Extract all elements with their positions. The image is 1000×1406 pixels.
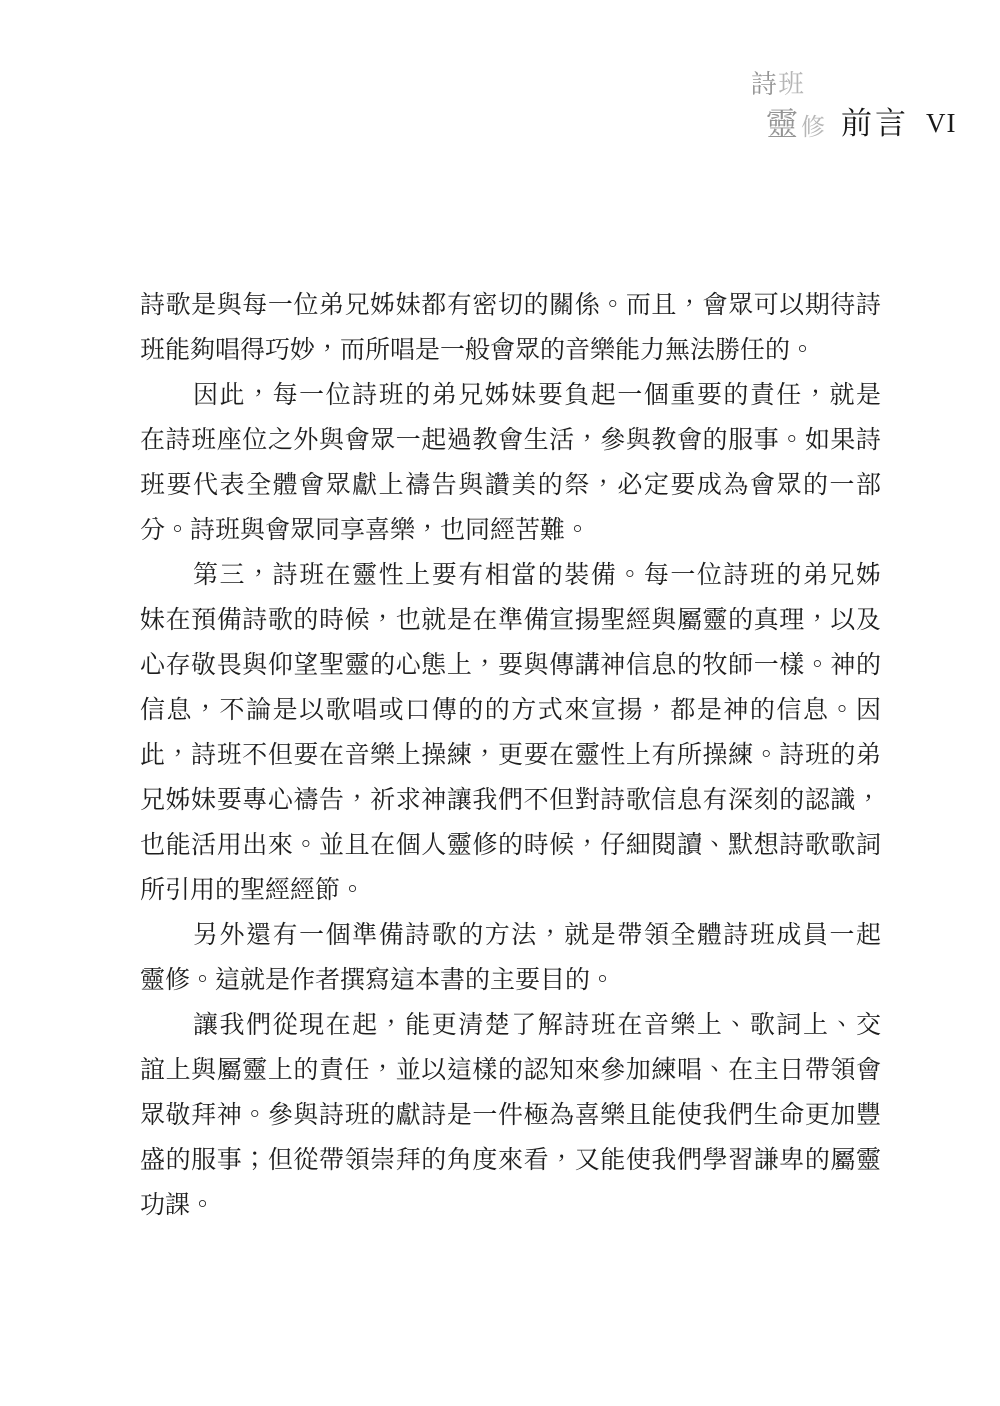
- text-line: 盛的服事；但從帶領崇拜的角度來看，又能使我們學習謙卑的屬靈: [140, 1138, 881, 1183]
- book-logo-line2: 靈修: [766, 108, 825, 140]
- body-text-block: 詩歌是與每一位弟兄姊妹都有密切的關係。而且，會眾可以期待詩 班能夠唱得巧妙，而所…: [140, 283, 881, 1228]
- book-logo-line1: 詩班: [751, 72, 805, 98]
- text-line: 班要代表全體會眾獻上禱告與讚美的祭，必定要成為會眾的一部: [140, 463, 881, 508]
- text-line: 因此，每一位詩班的弟兄姊妹要負起一個重要的責任，就是: [140, 373, 881, 418]
- text-line: 功課。: [140, 1183, 881, 1228]
- text-line: 分。詩班與會眾同享喜樂，也同經苦難。: [140, 508, 881, 553]
- text-line: 第三，詩班在靈性上要有相當的裝備。每一位詩班的弟兄姊: [140, 553, 881, 598]
- text-line: 在詩班座位之外與會眾一起過教會生活，參與教會的服事。如果詩: [140, 418, 881, 463]
- text-line: 所引用的聖經經節。: [140, 868, 881, 913]
- text-line: 妹在預備詩歌的時候，也就是在準備宣揚聖經與屬靈的真理，以及: [140, 598, 881, 643]
- text-line: 信息，不論是以歌唱或口傳的的方式來宣揚，都是神的信息。因: [140, 688, 881, 733]
- text-line: 心存敬畏與仰望聖靈的心態上，要與傳講神信息的牧師一樣。神的: [140, 643, 881, 688]
- text-line: 班能夠唱得巧妙，而所唱是一般會眾的音樂能力無法勝任的。: [140, 328, 881, 373]
- text-line: 另外還有一個準備詩歌的方法，就是帶領全體詩班成員一起: [140, 913, 881, 958]
- text-line: 靈修。這就是作者撰寫這本書的主要目的。: [140, 958, 881, 1003]
- text-line: 兄姊妹要專心禱告，祈求神讓我們不但對詩歌信息有深刻的認識，: [140, 778, 881, 823]
- book-logo-char-shi: 詩: [751, 70, 778, 99]
- text-line: 眾敬拜神。參與詩班的獻詩是一件極為喜樂且能使我們生命更加豐: [140, 1093, 881, 1138]
- book-logo-char-ling: 靈: [766, 108, 798, 140]
- text-line: 此，詩班不但要在音樂上操練，更要在靈性上有所操練。詩班的弟: [140, 733, 881, 778]
- book-page: 詩班 靈修 前言 VI 詩歌是與每一位弟兄姊妹都有密切的關係。而且，會眾可以期待…: [0, 0, 1000, 1406]
- text-line: 也能活用出來。並且在個人靈修的時候，仔細閱讀、默想詩歌歌詞: [140, 823, 881, 868]
- page-number: VI: [926, 110, 957, 137]
- text-line: 誼上與屬靈上的責任，並以這樣的認知來參加練唱、在主日帶領會: [140, 1048, 881, 1093]
- book-logo-char-ban: 班: [778, 70, 805, 99]
- section-title: 前言: [841, 108, 909, 139]
- text-line: 讓我們從現在起，能更清楚了解詩班在音樂上、歌詞上、交: [140, 1003, 881, 1048]
- book-logo-char-xiu: 修: [801, 116, 825, 140]
- text-line: 詩歌是與每一位弟兄姊妹都有密切的關係。而且，會眾可以期待詩: [140, 283, 881, 328]
